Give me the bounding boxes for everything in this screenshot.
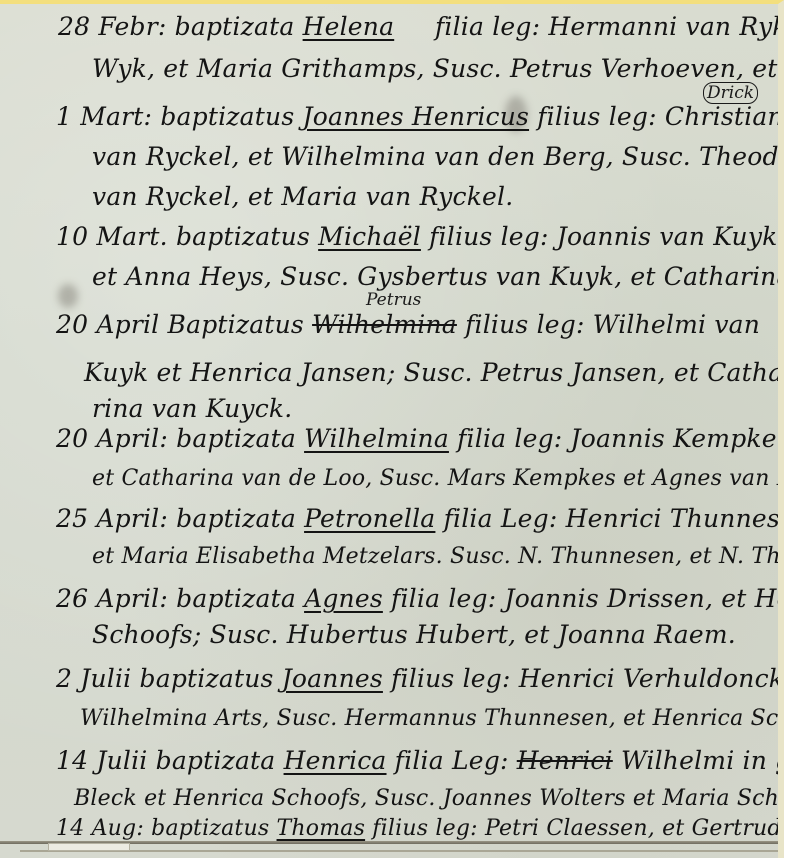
entry-line: et Anna Heys, Susc. Gysbertus van Kuyk, …: [92, 262, 778, 291]
entry-line: rina van Kuyck.: [92, 394, 778, 423]
struck-name: Henrici: [517, 746, 613, 775]
struck-name: Wilhelmina: [312, 310, 457, 339]
register-page: 28 Febr: baptizata Helena filia leg: Her…: [0, 0, 784, 858]
entry-line: et Maria Elisabetha Metzelars. Susc. N. …: [92, 544, 778, 569]
baptized-name: Thomas: [277, 816, 366, 841]
baptized-name: Henrica: [284, 746, 387, 775]
entry-line: Kuyk et Henrica Jansen; Susc. Petrus Jan…: [84, 358, 778, 387]
page-edge: [20, 850, 778, 852]
entry-line: 20 April Baptizatus Wilhelmina filius le…: [56, 310, 778, 339]
entry-line: 14 Aug: baptizatus Thomas filius leg: Pe…: [56, 816, 778, 841]
entry-line: 25 April: baptizata Petronella filia Leg…: [56, 504, 778, 533]
correction-note: Petrus: [366, 290, 421, 310]
entry-line: Wilhelmina Arts, Susc. Hermannus Thunnes…: [80, 706, 778, 731]
entry-line: Wyk, et Maria Grithamps, Susc. Petrus Ve…: [92, 54, 778, 83]
entry-line: van Ryckel, et Wilhelmina van den Berg, …: [92, 142, 778, 171]
entry-line: 10 Mart. baptizatus Michaël filius leg: …: [56, 222, 778, 251]
baptized-name: Helena: [303, 12, 395, 41]
baptized-name: Joannes Henricus: [303, 102, 530, 131]
baptized-name: Michaël: [318, 222, 421, 251]
entry-line: Bleck et Henrica Schoofs, Susc. Joannes …: [74, 786, 778, 811]
ink-stain: [58, 284, 78, 308]
entry-line: 1 Mart: baptizatus Joannes Henricus fili…: [56, 102, 778, 131]
entry-line: Schoofs; Susc. Hubertus Hubert, et Joann…: [92, 620, 778, 649]
binding-tab: [48, 843, 130, 851]
entry-line: 14 Julii baptizata Henrica filia Leg: He…: [56, 746, 778, 775]
baptized-name: Agnes: [304, 584, 383, 613]
entry-line: 2 Julii baptizatus Joannes filius leg: H…: [56, 664, 778, 693]
baptized-name: Petronella: [304, 504, 435, 533]
baptized-name: Wilhelmina: [304, 424, 449, 453]
entry-line: van Ryckel, et Maria van Ryckel.: [92, 182, 778, 211]
entry-line: et Catharina van de Loo, Susc. Mars Kemp…: [92, 466, 778, 491]
entry-line: 26 April: baptizata Agnes filia leg: Joa…: [56, 584, 778, 613]
marginal-note: Drick: [703, 82, 758, 104]
entry-line: 20 April: baptizata Wilhelmina filia leg…: [56, 424, 778, 453]
baptized-name: Joannes: [282, 664, 383, 693]
entry-line: 28 Febr: baptizata Helena filia leg: Her…: [58, 12, 778, 41]
